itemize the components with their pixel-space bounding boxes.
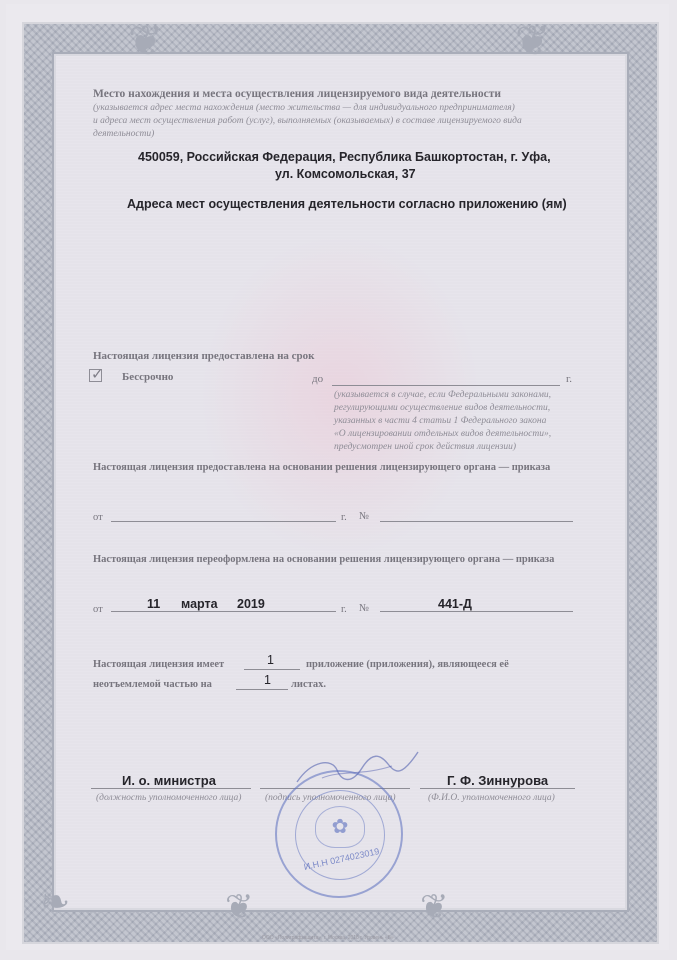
- signer-name: Г. Ф. Зиннурова: [447, 773, 548, 788]
- bashkortostan-emblem-icon: ✿: [315, 806, 365, 848]
- term-hint-line-2: регулирующими осуществление видов деятел…: [334, 402, 550, 415]
- reissued-date-field[interactable]: [111, 611, 336, 612]
- term-hint-line-1: (указывается в случае, если Федеральными…: [334, 389, 551, 402]
- term-hint-line-4: «О лицензировании отдельных видов деятел…: [334, 428, 551, 441]
- position-hint: (должность уполномоченного лица): [96, 792, 241, 805]
- appendix-line1-prefix: Настоящая лицензия имеет: [93, 659, 224, 670]
- term-hint-line-5: предусмотрен иной срок действия лицензии…: [334, 441, 516, 454]
- until-year-suffix: г.: [566, 373, 572, 385]
- bottom-ornament-mid-right-icon: ❦: [420, 890, 449, 924]
- name-hint: (Ф.И.О. уполномоченного лица): [428, 792, 555, 805]
- granted-year-suffix: г.: [341, 512, 347, 523]
- until-label: до: [312, 373, 323, 385]
- location-hint-line-2: и адреса мест осуществления работ (услуг…: [93, 115, 522, 128]
- appendix-count-value: 1: [267, 653, 274, 667]
- term-hint-line-3: указанных в части 4 статьи 1 Федеральног…: [334, 415, 546, 428]
- reissued-number-label: №: [359, 603, 369, 614]
- appendix-line2-prefix: неотъемлемой частью на: [93, 679, 212, 690]
- reissued-day: 11: [147, 597, 160, 611]
- top-ornament-left-icon: ❦: [128, 20, 163, 62]
- granted-date-field[interactable]: [111, 521, 336, 522]
- appendix-count-field[interactable]: [244, 669, 300, 670]
- term-heading: Настоящая лицензия предоставлена на срок: [93, 350, 315, 362]
- indefinite-label: Бессрочно: [122, 371, 173, 383]
- appendix-line2-suffix: листах.: [291, 679, 326, 690]
- printer-imprint: ООО «Полиграфзащита», г. Москва, 2018 г.…: [262, 935, 394, 941]
- granted-number-label: №: [359, 511, 369, 522]
- bottom-ornament-left-icon: ❧: [40, 885, 70, 921]
- reissued-heading: Настоящая лицензия переоформлена на осно…: [93, 554, 554, 565]
- reissued-year-suffix: г.: [341, 604, 347, 615]
- sheet-count-field[interactable]: [236, 689, 288, 690]
- reissued-year: 2019: [237, 597, 265, 611]
- bottom-ornament-mid-left-icon: ❦: [225, 890, 254, 924]
- top-ornament-right-icon: ❦: [515, 20, 550, 62]
- indefinite-checkbox[interactable]: ✓: [89, 369, 102, 382]
- reissued-from-label: от: [93, 604, 103, 615]
- location-heading: Место нахождения и места осуществления л…: [93, 88, 501, 100]
- reissued-number-value: 441-Д: [438, 597, 472, 611]
- address-line-2: ул. Комсомольская, 37: [275, 167, 416, 181]
- reissued-number-field[interactable]: [380, 611, 573, 612]
- position-line: [91, 788, 251, 789]
- location-hint-line-1: (указывается адрес места нахождения (мес…: [93, 102, 515, 115]
- appendix-line1-suffix: приложение (приложения), являющееся её: [306, 659, 509, 670]
- until-date-field[interactable]: [332, 385, 560, 386]
- granted-number-field[interactable]: [380, 521, 573, 522]
- location-hint-line-3: деятельности): [93, 128, 154, 141]
- granted-heading: Настоящая лицензия предоставлена на осно…: [93, 462, 550, 473]
- official-seal: ✿ И.Н.Н 0274023019: [275, 770, 403, 898]
- reissued-month: марта: [181, 597, 218, 611]
- checkmark-icon: ✓: [91, 365, 104, 383]
- granted-from-label: от: [93, 512, 103, 523]
- appendix-address-note: Адреса мест осуществления деятельности с…: [127, 197, 567, 211]
- address-line-1: 450059, Российская Федерация, Республика…: [138, 150, 551, 164]
- sheet-count-value: 1: [264, 673, 271, 687]
- signer-position: И. о. министра: [122, 773, 216, 788]
- name-line: [420, 788, 575, 789]
